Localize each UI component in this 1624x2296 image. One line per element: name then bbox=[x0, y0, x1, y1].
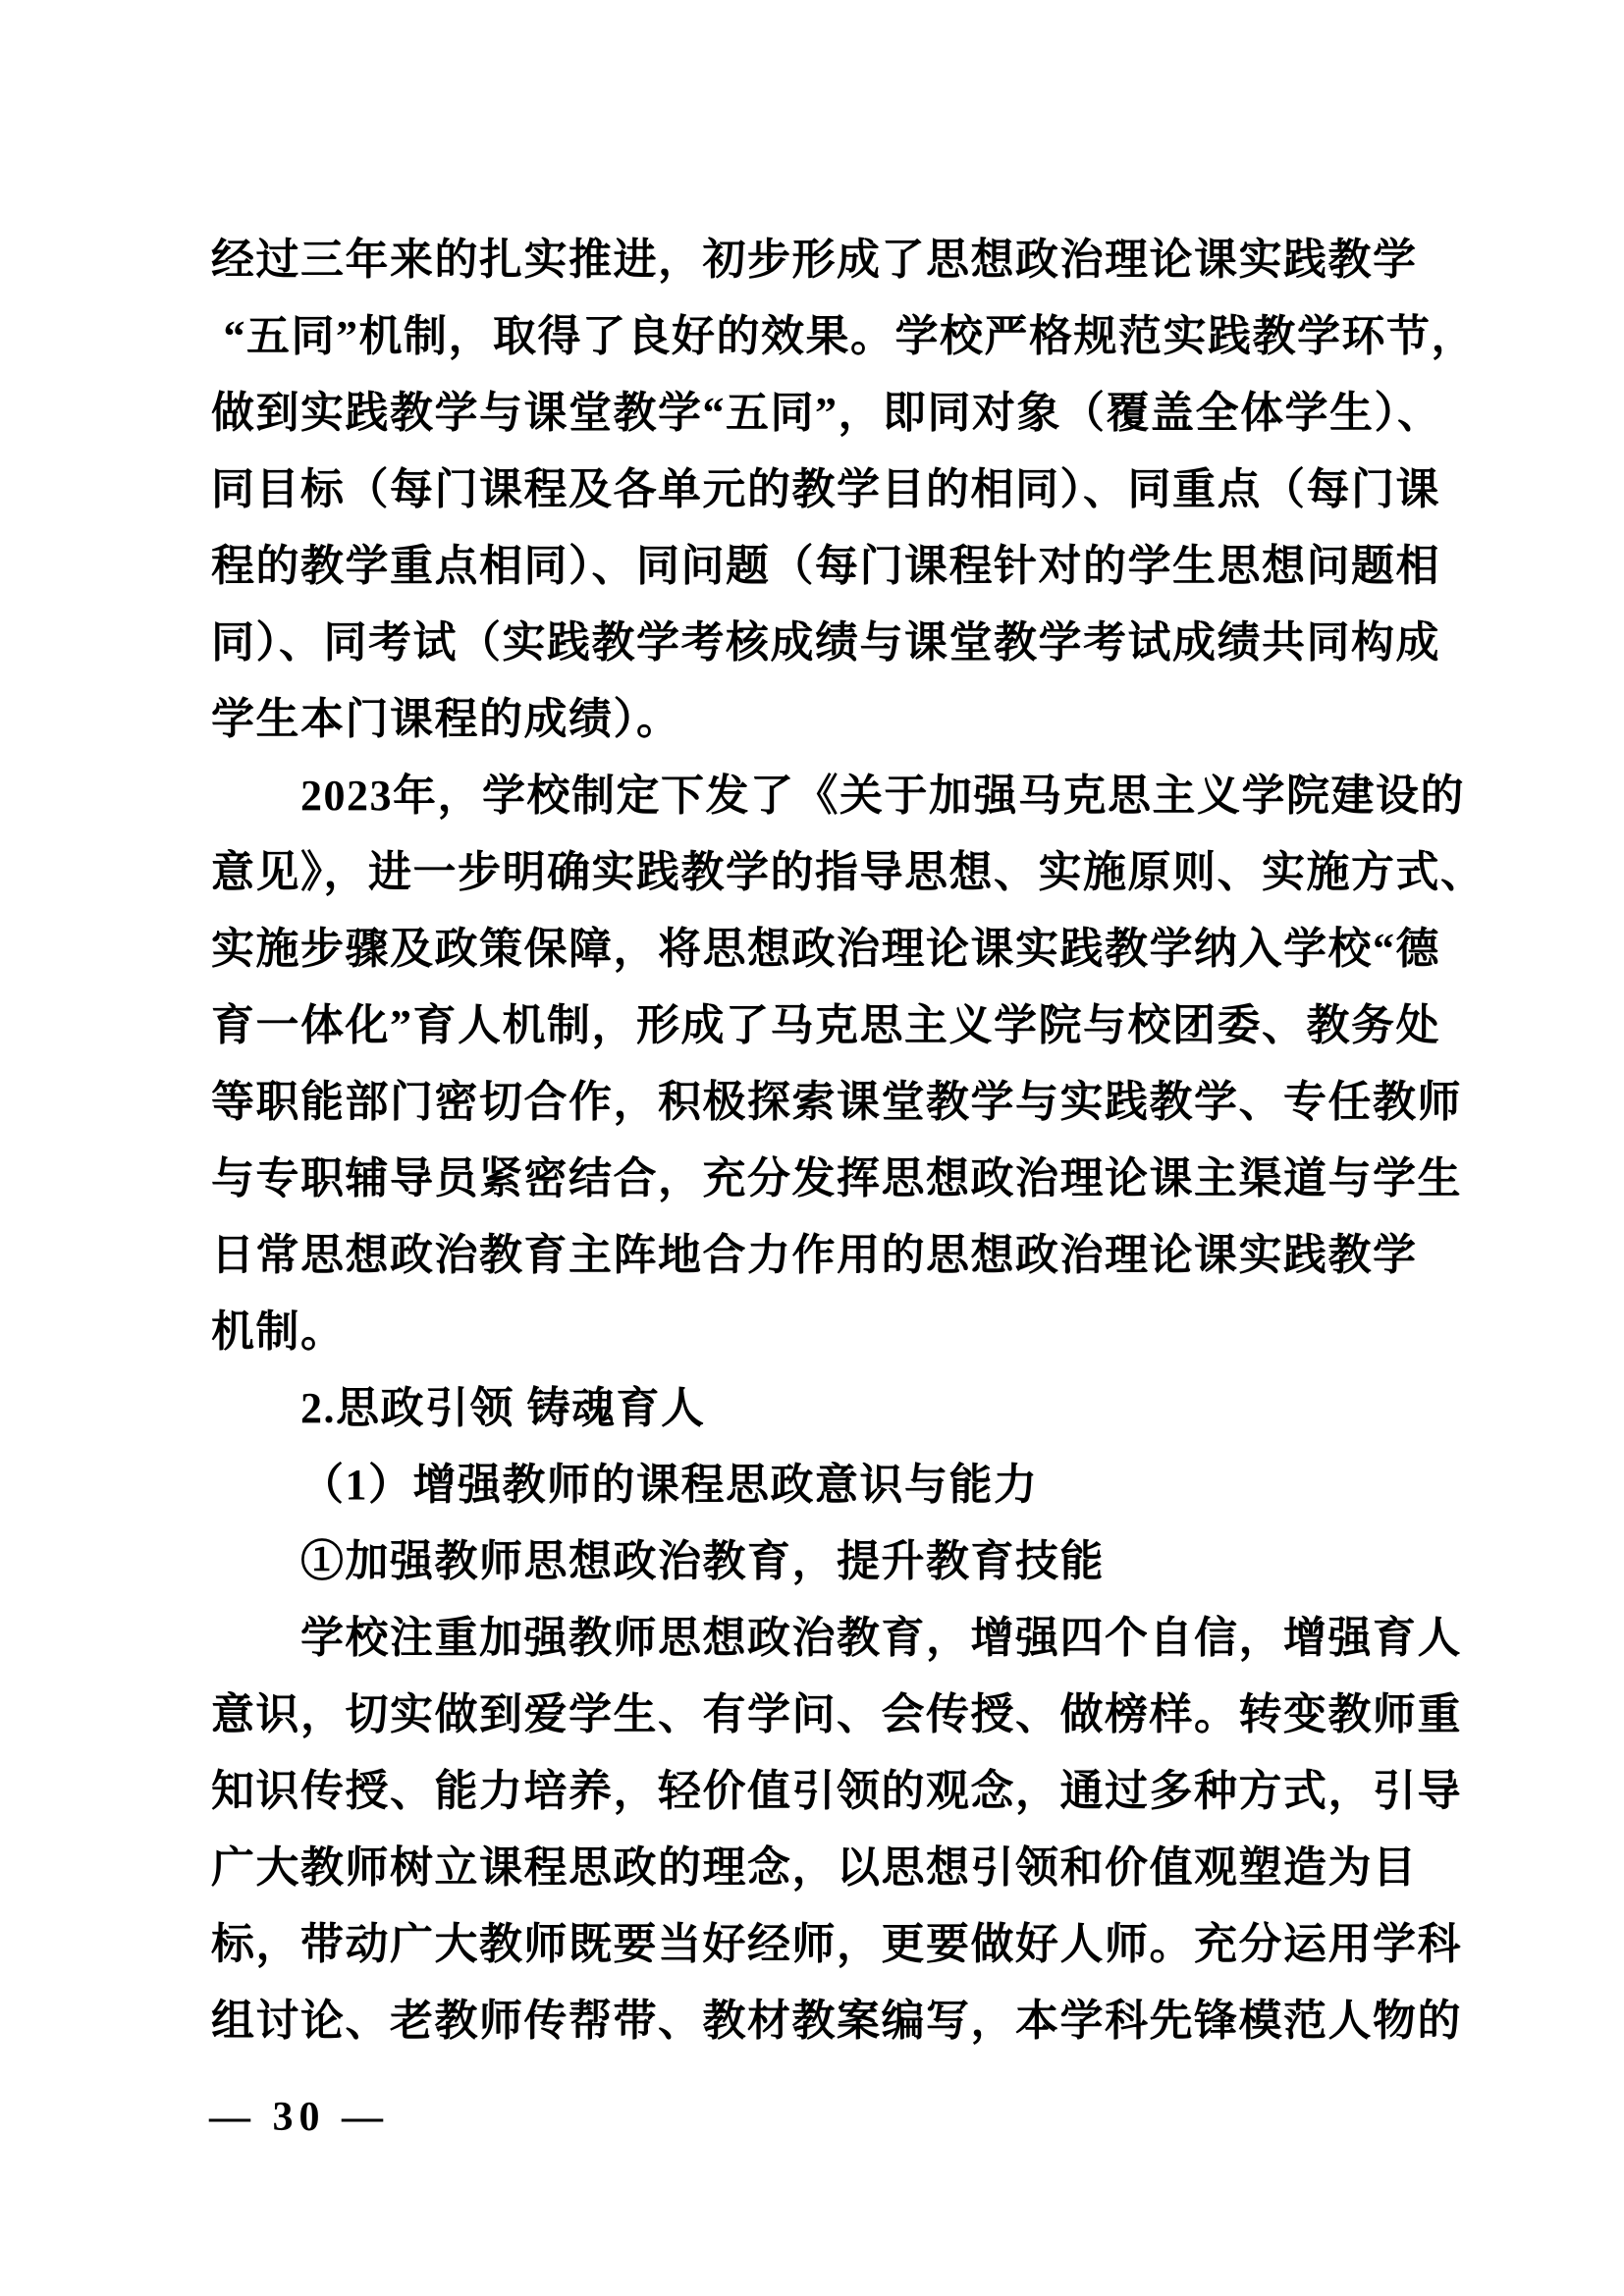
text-line-3: 做到实践教学与课堂教学“五同”，即同对象（覆盖全体学生）、 bbox=[211, 375, 1488, 452]
text-line-22: 广大教师树立课程思政的理念，以思想引领和价值观塑造为目 bbox=[211, 1830, 1488, 1906]
text-line-15: 机制。 bbox=[211, 1294, 1488, 1370]
text-line-4: 同目标（每门课程及各单元的教学目的相同）、同重点（每门课 bbox=[211, 452, 1488, 528]
text-line-11: 育一体化”育人机制，形成了马克思主义学院与校团委、教务处 bbox=[211, 988, 1488, 1064]
text-line-9: 意见》，进一步明确实践教学的指导思想、实施原则、实施方式、 bbox=[211, 834, 1488, 911]
text-line-7: 学生本门课程的成绩）。 bbox=[211, 681, 1488, 758]
text-line-2: “五同”机制，取得了良好的效果。学校严格规范实践教学环节， bbox=[211, 298, 1488, 375]
page-number-label: — 30 — bbox=[209, 2095, 389, 2140]
text-line-5: 程的教学重点相同）、同问题（每门课程针对的学生思想问题相 bbox=[211, 528, 1488, 605]
text-line-19: 学校注重加强教师思想政治教育，增强四个自信，增强育人 bbox=[211, 1600, 1488, 1677]
text-line-17: （1）增强教师的课程思政意识与能力 bbox=[211, 1447, 1488, 1523]
text-line-20: 意识，切实做到爱学生、有学问、会传授、做榜样。转变教师重 bbox=[211, 1677, 1488, 1753]
text-line-18: ①加强教师思想政治教育，提升教育技能 bbox=[211, 1523, 1488, 1600]
text-line-23: 标，带动广大教师既要当好经师，更要做好人师。充分运用学科 bbox=[211, 1906, 1488, 1983]
text-line-16: 2.思政引领 铸魂育人 bbox=[211, 1370, 1488, 1447]
text-line-10: 实施步骤及政策保障，将思想政治理论课实践教学纳入学校“德 bbox=[211, 911, 1488, 988]
text-line-1: 经过三年来的扎实推进，初步形成了思想政治理论课实践教学 bbox=[211, 222, 1488, 298]
text-line-13: 与专职辅导员紧密结合，充分发挥思想政治理论课主渠道与学生 bbox=[211, 1141, 1488, 1217]
document-page: 经过三年来的扎实推进，初步形成了思想政治理论课实践教学 “五同”机制，取得了良好… bbox=[0, 0, 1624, 2296]
text-line-24: 组讨论、老教师传帮带、教材教案编写，本学科先锋模范人物的 bbox=[211, 1983, 1488, 2059]
text-line-8: 2023年，学校制定下发了《关于加强马克思主义学院建设的 bbox=[211, 758, 1488, 834]
page-footer: — 30 — bbox=[209, 2093, 389, 2142]
text-line-21: 知识传授、能力培养，轻价值引领的观念，通过多种方式，引导 bbox=[211, 1753, 1488, 1830]
text-line-12: 等职能部门密切合作，积极探索课堂教学与实践教学、专任教师 bbox=[211, 1064, 1488, 1141]
text-line-6: 同）、同考试（实践教学考核成绩与课堂教学考试成绩共同构成 bbox=[211, 605, 1488, 681]
text-line-14: 日常思想政治教育主阵地合力作用的思想政治理论课实践教学 bbox=[211, 1217, 1488, 1294]
document-body: 经过三年来的扎实推进，初步形成了思想政治理论课实践教学 “五同”机制，取得了良好… bbox=[211, 222, 1488, 2059]
